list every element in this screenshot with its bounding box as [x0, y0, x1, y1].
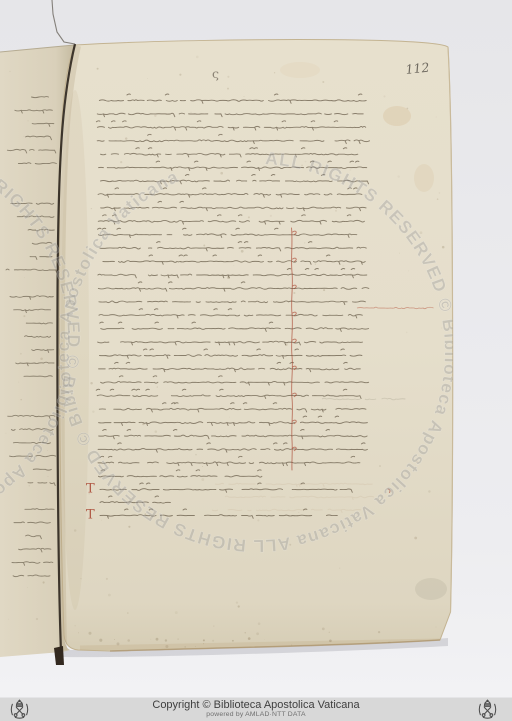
spine-tail: [54, 646, 64, 665]
paragraph-initial: Τ: [86, 482, 95, 497]
manuscript-scan: Τ Τ 112 ς ALL RIGHTS RESERVED © Bibliote…: [0, 0, 512, 721]
footer-powered-by: powered by AMLAD·NTT DATA: [0, 711, 512, 719]
footer-copyright: Copyright © Biblioteca Apostolica Vatica…: [0, 699, 512, 711]
vatican-keys-emblem-icon: [477, 699, 498, 720]
digitized-manuscript-view: Τ Τ 112 ς ALL RIGHTS RESERVED © Bibliote…: [0, 0, 512, 721]
folio-number: 112: [405, 60, 430, 77]
footer-bar: Copyright © Biblioteca Apostolica Vatica…: [0, 698, 512, 721]
paragraph-initial: Τ: [86, 508, 95, 523]
quire-mark: ς: [212, 66, 219, 81]
